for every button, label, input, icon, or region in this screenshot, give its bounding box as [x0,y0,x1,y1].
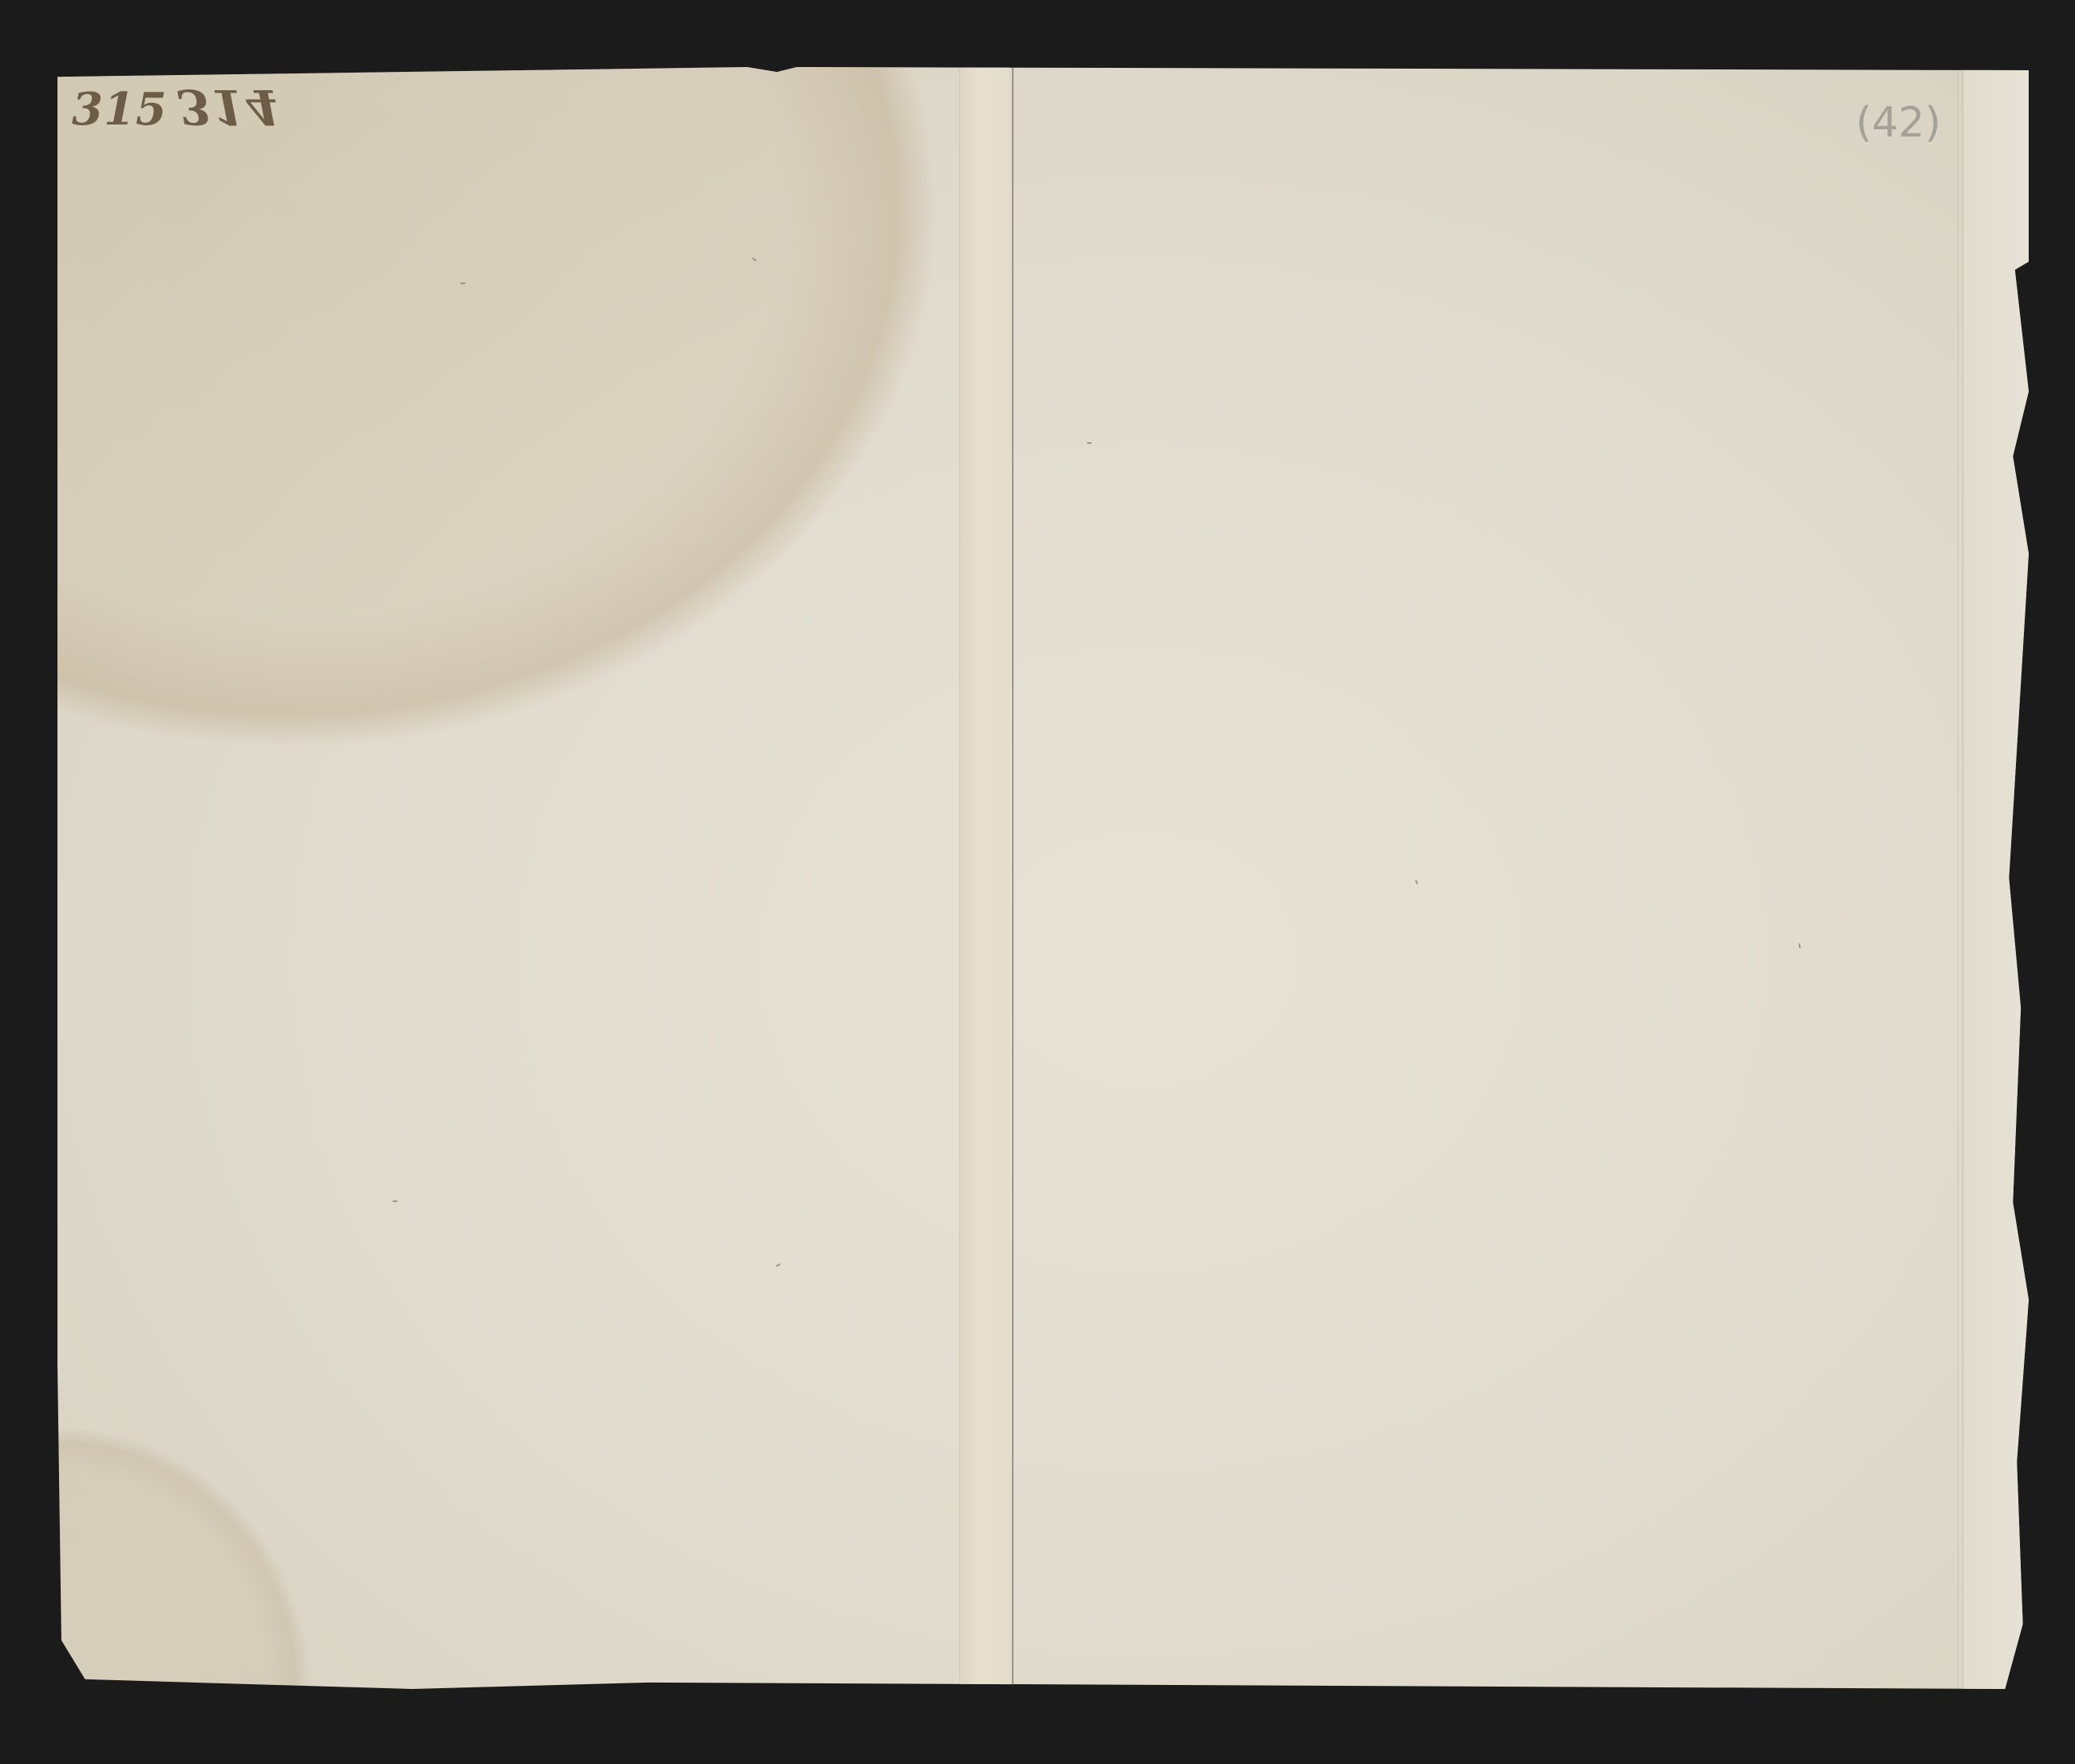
right-fold-line [1958,67,1958,1689]
paper-speck [460,283,465,284]
pencil-note: (42) [1856,99,1941,147]
handwritten-number-315: 315 [72,83,168,136]
water-stain-bottom-left [57,1408,329,1689]
center-join-strip [959,67,1010,1689]
paper-speck [393,1200,397,1202]
paper-sheet: 315 314 (42) [57,67,2029,1689]
paper-speck [776,1264,781,1268]
handwritten-number-314-mirrored: 314 [177,78,279,134]
paper-speck [1415,880,1418,884]
paper-speck [752,257,757,261]
water-stain-top-left [57,67,983,785]
right-margin-strip [1962,67,2029,1689]
paper-speck [1087,442,1092,444]
center-fold-line [1012,67,1014,1689]
paper-speck [1798,943,1800,948]
